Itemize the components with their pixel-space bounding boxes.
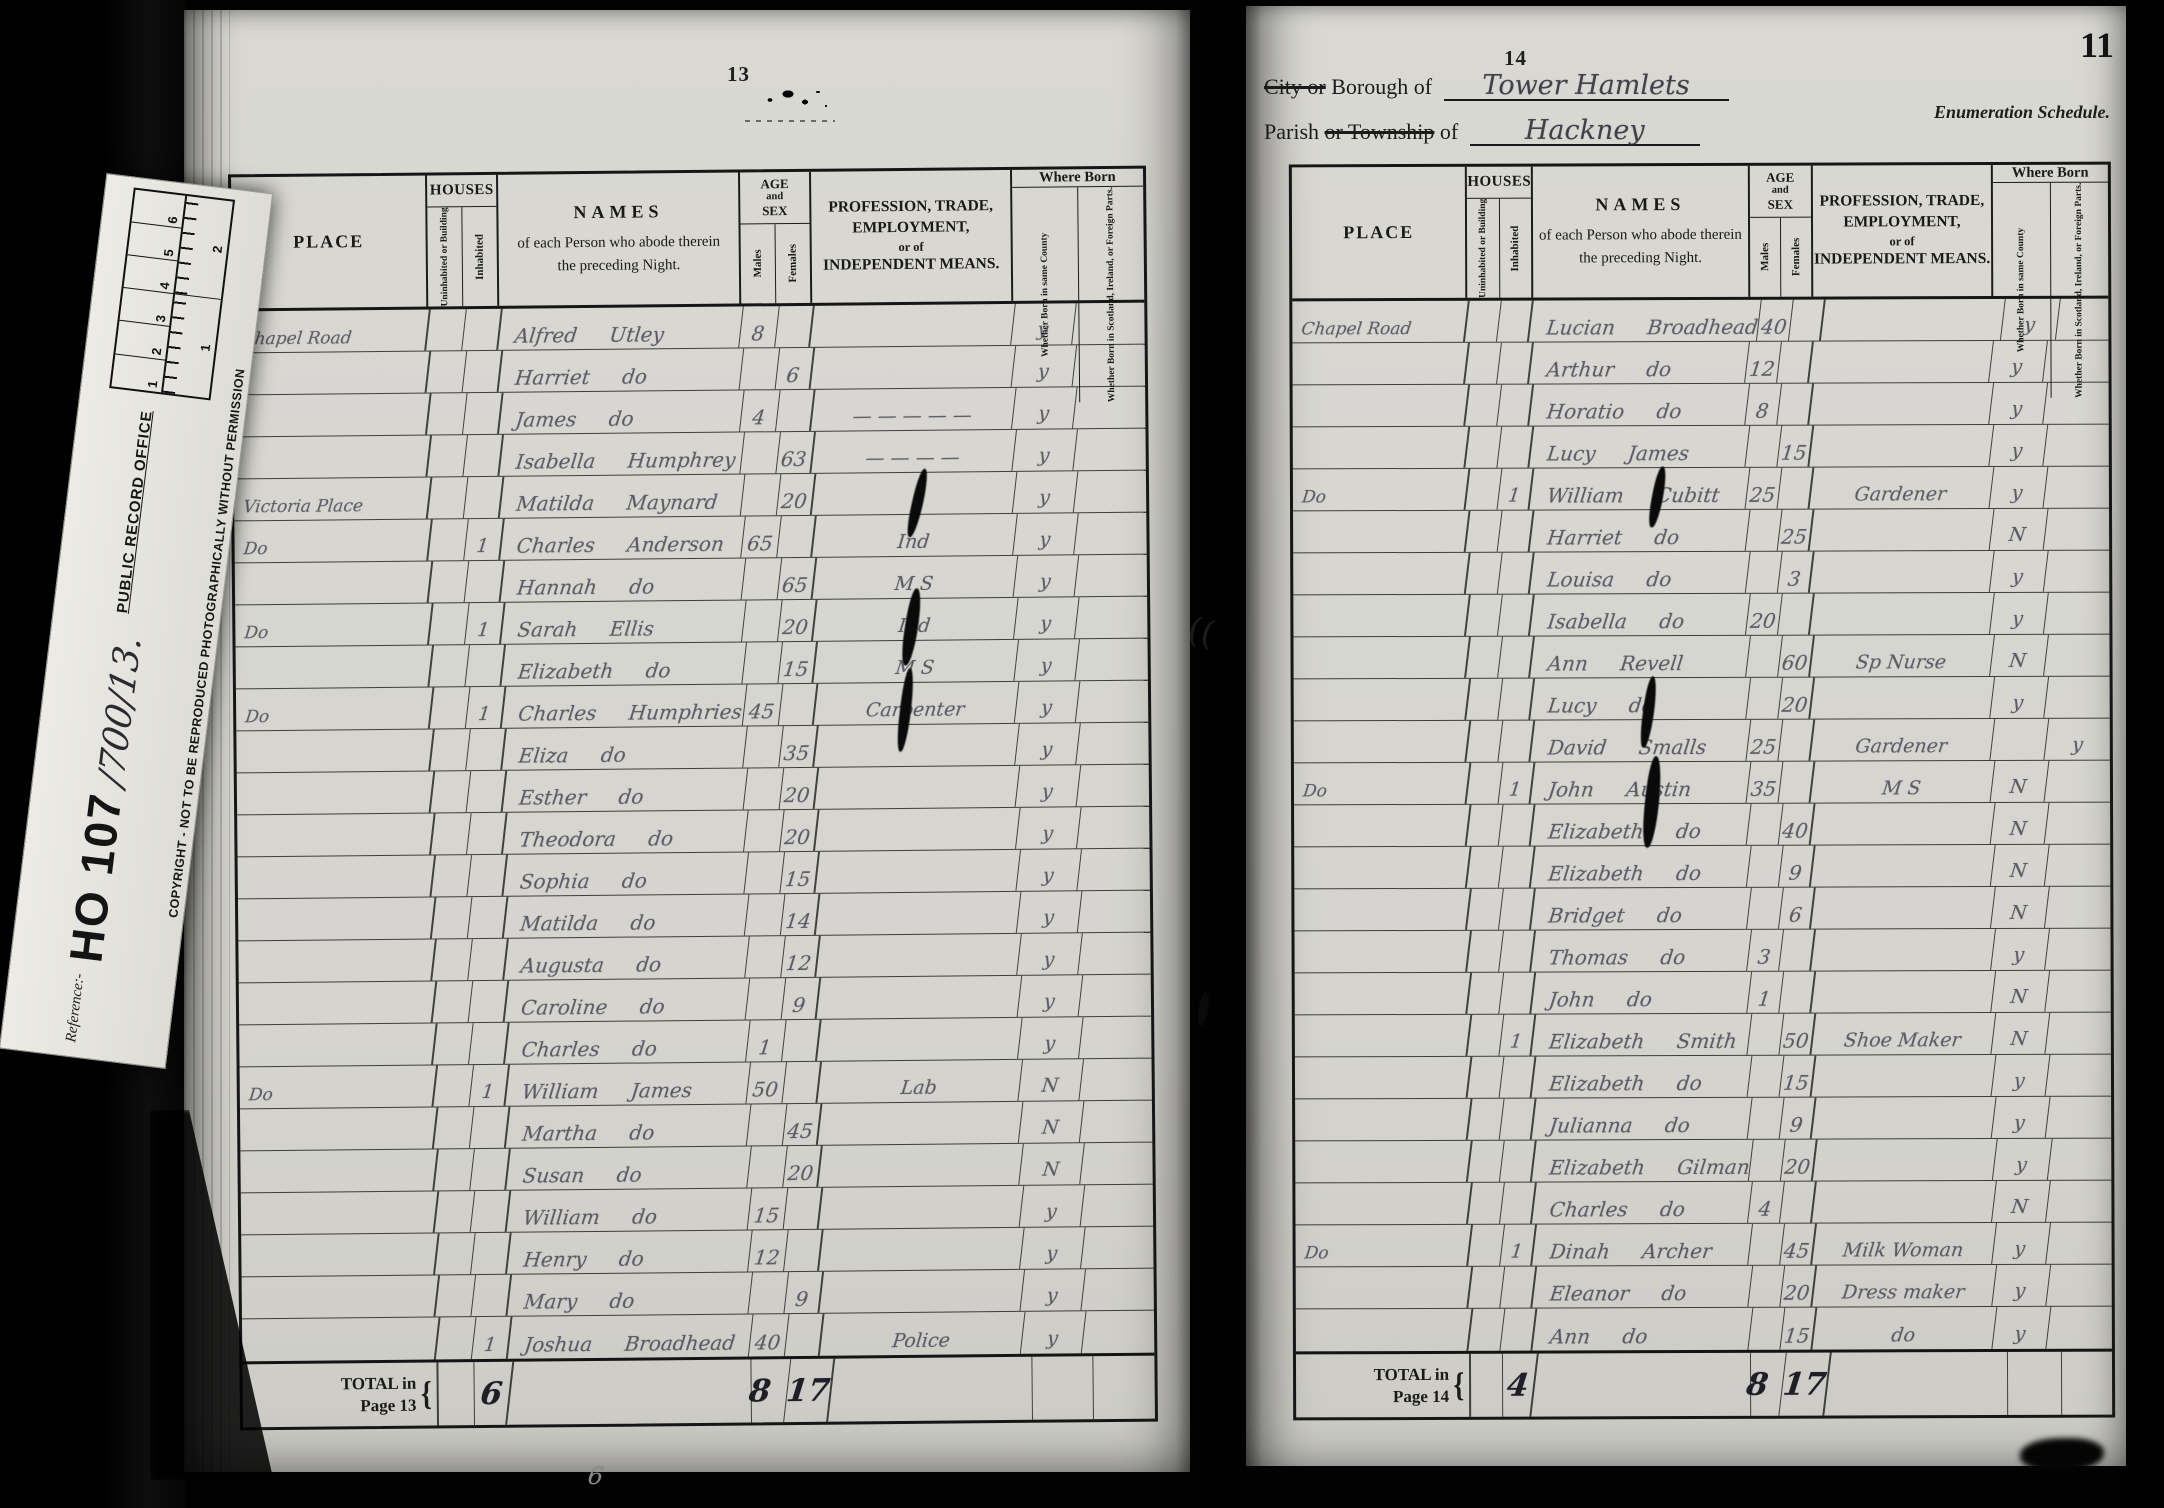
uninhabited-cell: [433, 1023, 473, 1064]
males-age-cell: [745, 936, 785, 977]
inhabited-cell: [1498, 553, 1535, 594]
uninhabited-cell: [434, 1065, 474, 1106]
name-cell: Louisa do: [1530, 552, 1751, 594]
place-cell: Do: [232, 519, 433, 562]
females-age-cell: 12: [781, 936, 821, 977]
females-age-cell: 20: [783, 1146, 823, 1187]
born-elsewhere-cell: [1076, 765, 1151, 807]
females-age-cell: 20: [779, 768, 819, 809]
males-age-cell: [744, 852, 784, 893]
place-cell: [1292, 889, 1472, 931]
born-same-county-cell: y: [1020, 1311, 1086, 1354]
females-age-cell: 15: [1780, 1056, 1817, 1097]
profession-cell: [1810, 509, 1994, 551]
born-elsewhere-cell: [2046, 1013, 2114, 1054]
table-row: Thomas do 3 y: [1294, 929, 2110, 974]
profession-cell: [1811, 845, 1995, 887]
profession-cell: [815, 766, 1020, 809]
inhabited-cell: [1501, 1309, 1538, 1351]
females-age-cell: 50: [1780, 1014, 1817, 1055]
females-age-cell: 15: [1780, 1308, 1817, 1350]
profession-line-3: or of: [1889, 233, 1914, 249]
uninhabited-cell: [430, 687, 470, 728]
table-row: Elizabeth do 40 N: [1294, 803, 2110, 848]
born-elsewhere-cell: [1078, 891, 1153, 933]
census-scan: 13 PLACE HOUSES Uninhabited or Building …: [0, 0, 2164, 1508]
inhabited-cell: [1498, 427, 1535, 468]
right-page: 14 11 City or Borough of Tower Hamlets P…: [1246, 6, 2126, 1466]
name-cell: Charles Anderson: [499, 516, 745, 559]
inhabited-cell: 1: [465, 687, 505, 728]
born-elsewhere-cell: [2046, 1223, 2114, 1264]
profession-cell: [1810, 677, 1994, 719]
header-names: NAMES of each Person who abode therein t…: [1533, 166, 1750, 298]
born-elsewhere-cell: [1074, 513, 1149, 555]
place-cell: [235, 855, 436, 898]
place-cell: [1293, 1183, 1473, 1225]
profession-cell: Gardener: [1809, 467, 1993, 509]
profession-cell: do: [1812, 1307, 1997, 1350]
sex-label: SEX: [1768, 197, 1793, 212]
born-same-county-cell: y: [1992, 1265, 2052, 1306]
females-age-cell: [1780, 1182, 1817, 1223]
place-cell: [237, 981, 438, 1024]
total-names-spacer: [510, 1359, 752, 1424]
table-row: 1 Joshua Broadhead 40 Police y: [242, 1311, 1154, 1362]
profession-cell: [819, 1228, 1024, 1271]
females-age-cell: 40: [1779, 804, 1816, 845]
table-row: Lucy James 15 y: [1293, 425, 2109, 470]
males-age-cell: [743, 726, 783, 767]
born-elsewhere-cell: [1076, 723, 1151, 765]
females-age-cell: 65: [777, 558, 817, 599]
place-cell: Do: [1291, 469, 1471, 511]
profession-cell: [1811, 1055, 1995, 1097]
born-same-county-cell: y: [1020, 1269, 1086, 1311]
uninhabited-cell: [427, 351, 467, 392]
and-label: and: [766, 192, 783, 204]
profession-cell: [810, 304, 1015, 347]
inhabited-cell: [1500, 1099, 1537, 1140]
parish-struck-text: or Township: [1325, 119, 1435, 144]
males-age-cell: 65: [741, 516, 781, 557]
males-age-cell: 1: [746, 1020, 786, 1061]
place-cell: [1293, 1309, 1473, 1352]
reference-label: Reference:-: [63, 972, 88, 1043]
name-cell: Horatio do: [1529, 384, 1750, 426]
males-age-cell: 1: [1748, 972, 1785, 1013]
profession-cell: [1812, 1181, 1996, 1223]
name-cell: Henry do: [506, 1230, 752, 1273]
ruler-mark-6: 6: [132, 190, 186, 228]
females-age-cell: 3: [1778, 552, 1815, 593]
place-cell: Chapel Road: [1290, 301, 1470, 343]
name-cell: William Cubitt: [1530, 468, 1751, 510]
table-header: PLACE HOUSES Uninhabited or Building Inh…: [1292, 165, 2108, 302]
header-profession: PROFESSION, TRADE, EMPLOYMENT, or of IND…: [811, 170, 1013, 303]
place-cell: [1291, 721, 1471, 763]
females-age-cell: [783, 1188, 823, 1229]
females-age-cell: 20: [776, 474, 816, 515]
females-age-cell: 25: [1778, 510, 1815, 551]
born-elsewhere-cell: [2044, 593, 2112, 634]
stray-handwritten-mark: 6: [586, 1462, 605, 1490]
males-age-cell: [1747, 678, 1784, 719]
females-age-cell: [1779, 762, 1816, 803]
inhabited-cell: [470, 1149, 510, 1190]
born-elsewhere-cell: [1073, 387, 1148, 429]
name-cell: Charles do: [504, 1020, 750, 1063]
born-elsewhere-cell: [2047, 1139, 2114, 1180]
uninhabited-cell: [436, 1275, 476, 1316]
inhabited-cell: [1497, 343, 1534, 384]
females-age-cell: [1789, 300, 1826, 341]
males-age-cell: [1748, 1056, 1785, 1097]
total-uninhabited: [438, 1362, 474, 1425]
profession-cell: [816, 892, 1021, 935]
place-cell: [1291, 595, 1471, 637]
total-page-label: Page 14: [1374, 1385, 1450, 1407]
header-place: PLACE: [1292, 167, 1468, 299]
ruler-mark-4: 4: [124, 254, 178, 293]
born-same-county-cell: N: [1991, 971, 2051, 1012]
name-cell: Harriet do: [498, 348, 744, 391]
born-same-county-cell: y: [1015, 765, 1081, 807]
ruler-mark-3: 3: [120, 287, 174, 326]
born-elsewhere-cell: [1080, 1185, 1155, 1227]
males-age-cell: [743, 768, 783, 809]
males-age-cell: [1749, 1140, 1786, 1181]
inhabited-cell: [1497, 385, 1534, 426]
place-cell: [240, 1317, 441, 1361]
profession-cell: Sp Nurse: [1810, 635, 1994, 677]
total-in-label: TOTAL in: [341, 1373, 417, 1395]
born-same-county-cell: y: [1991, 1097, 2051, 1138]
females-age-cell: 20: [779, 810, 819, 851]
born-same-county-cell: N: [1990, 761, 2050, 802]
uninhabited-cell: [434, 1107, 474, 1148]
born-same-county-cell: N: [1989, 509, 2049, 550]
uninhabited-cell: [436, 1317, 476, 1359]
born-same-county-cell: y: [1989, 467, 2049, 508]
header-females: Females: [1781, 218, 1812, 297]
names-subtitle-1: of each Person who abode therein: [517, 233, 720, 252]
table-row: Do 1 William Cubitt 25 Gardener y: [1293, 467, 2109, 512]
table-row: John do 1 N: [1295, 971, 2111, 1016]
inhabited-cell: 1: [1500, 1225, 1537, 1266]
place-cell: Do: [1293, 1225, 1473, 1267]
males-age-cell: [742, 642, 782, 683]
males-age-cell: [741, 474, 781, 515]
inhabited-cell: [1500, 1183, 1537, 1224]
females-age-cell: 45: [782, 1104, 822, 1145]
profession-cell: Police: [820, 1312, 1025, 1356]
males-age-cell: [739, 348, 779, 389]
name-cell: Ann Revell: [1530, 636, 1751, 678]
males-age-cell: [1747, 888, 1784, 929]
born-same-county-cell: y: [1016, 891, 1082, 933]
profession-cell: [819, 1186, 1024, 1229]
inhabited-cell: 1: [465, 603, 505, 644]
houses-label: HOUSES: [1467, 167, 1531, 199]
corner-ink-blob: [2020, 1438, 2104, 1472]
profession-cell: [815, 850, 1020, 893]
males-age-cell: 4: [1748, 1182, 1785, 1223]
born-same-county-cell: y: [1013, 513, 1079, 555]
inhabited-cell: [1498, 679, 1535, 720]
place-cell: [237, 1023, 438, 1066]
females-age-cell: [1779, 930, 1816, 971]
born-same-county-cell: y: [1015, 723, 1081, 765]
table-row: Arthur do 12 y: [1292, 341, 2108, 386]
header-females: Females: [775, 224, 810, 303]
males-age-cell: 20: [1746, 594, 1783, 635]
total-males-value: 8: [1745, 1366, 1771, 1402]
born-elsewhere-cell: [2044, 551, 2112, 592]
total-row-left: TOTAL in Page 13 { 6 8 17: [242, 1353, 1155, 1428]
males-age-cell: 12: [1745, 342, 1782, 383]
total-profession-spacer: [1828, 1352, 2008, 1416]
place-cell: [1293, 1267, 1473, 1309]
inhabited-cell: [1498, 511, 1535, 552]
uninhabited-cell: [435, 1233, 475, 1274]
total-page-label: Page 13: [341, 1394, 417, 1416]
where-born-label: Where Born: [1993, 165, 2108, 183]
total-names-spacer: [1535, 1353, 1751, 1417]
name-cell: Isabella do: [1530, 594, 1751, 636]
profession-cell: [1810, 593, 1994, 635]
header-age-sex: AGE and SEX Males Females: [1749, 166, 1813, 297]
females-age-cell: [1777, 342, 1814, 383]
table-row: Elizabeth do 9 N: [1294, 845, 2110, 890]
total-born1-spacer: [1033, 1356, 1095, 1420]
houses-label: HOUSES: [427, 175, 496, 208]
inhabited-label: Inhabited: [474, 233, 487, 279]
place-cell: [1290, 385, 1470, 427]
ruler-mark-1: 1: [111, 353, 165, 392]
name-cell: Eliza do: [501, 726, 747, 769]
females-age-cell: [1778, 468, 1815, 509]
females-age-cell: 20: [1781, 1140, 1818, 1181]
males-label: Males: [751, 250, 764, 278]
born-same-county-cell: N: [1019, 1143, 1085, 1185]
males-age-cell: [1746, 426, 1783, 467]
inhabited-cell: 1: [1500, 1015, 1537, 1056]
uninhabited-cell: [431, 813, 471, 854]
uninhabited-cell: [427, 435, 467, 476]
born-elsewhere-cell: [2044, 635, 2112, 676]
females-age-cell: [1778, 594, 1815, 635]
born-same-county-cell: y: [1989, 551, 2049, 592]
census-table-left: PLACE HOUSES Uninhabited or Building Inh…: [228, 166, 1158, 1431]
total-label-left: TOTAL in Page 13 {: [242, 1362, 439, 1427]
females-age-cell: [781, 1020, 821, 1061]
name-cell: Alfred Utley: [497, 306, 743, 349]
name-cell: Caroline do: [504, 978, 750, 1021]
place-cell: Do: [234, 687, 435, 730]
borough-struck-text: City or: [1264, 74, 1326, 99]
inhabited-cell: 1: [471, 1317, 511, 1359]
place-cell: Victoria Place: [232, 477, 433, 520]
males-age-cell: 4: [740, 390, 780, 431]
born-same-county-cell: y: [1017, 975, 1083, 1017]
names-title: NAMES: [1595, 194, 1685, 215]
males-age-cell: [740, 432, 780, 473]
born-elsewhere-cell: [1075, 639, 1150, 681]
table-row: Lucy do 20 y: [1294, 677, 2110, 722]
name-cell: Elizabeth Smith: [1531, 1014, 1752, 1056]
smudge-line: [745, 120, 835, 122]
females-age-cell: 9: [1780, 1098, 1817, 1139]
uninhabited-cell: [426, 309, 466, 350]
profession-cell: Shoe Maker: [1811, 1013, 1995, 1055]
place-cell: [239, 1233, 440, 1276]
born-elsewhere-cell: [2045, 887, 2113, 928]
uninhabited-cell: [432, 897, 472, 938]
born-same-county-cell: y: [1018, 1017, 1084, 1059]
inhabited-cell: [463, 393, 503, 434]
place-cell: [1292, 931, 1472, 973]
table-row: Elizabeth do 15 y: [1295, 1055, 2111, 1100]
age-label: AGE: [760, 177, 788, 192]
name-cell: Elizabeth Gilman: [1532, 1140, 1754, 1182]
inhabited-cell: [1500, 1141, 1537, 1182]
uninhabited-cell: [429, 561, 469, 602]
born-elsewhere-cell: [1075, 597, 1150, 639]
table-row: Harriet do 25 N: [1293, 509, 2109, 554]
males-age-cell: 35: [1747, 762, 1784, 803]
born-same-county-cell: N: [1991, 1013, 2051, 1054]
males-age-cell: 40: [749, 1314, 789, 1356]
inhabited-cell: [468, 981, 508, 1022]
name-cell: Lucian Broadhead: [1529, 300, 1762, 342]
name-cell: Bridget do: [1531, 888, 1752, 930]
total-females: 17: [784, 1359, 836, 1423]
folio-number: 11: [2080, 24, 2114, 66]
profession-line-1: PROFESSION, TRADE,: [1820, 191, 1985, 212]
profession-line-4: INDEPENDENT MEANS.: [823, 254, 999, 277]
profession-cell: [1811, 803, 1995, 845]
inhabited-cell: 1: [1499, 763, 1536, 804]
uninhabited-cell: [428, 477, 468, 518]
inhabited-cell: [1500, 973, 1537, 1014]
name-cell: Sarah Ellis: [500, 600, 746, 643]
uninhabited-cell: [432, 939, 472, 980]
born-elsewhere-cell: [1078, 933, 1153, 975]
females-age-cell: [775, 390, 815, 431]
born-same-county-cell: y: [1012, 471, 1078, 513]
place-cell: [1293, 1057, 1473, 1099]
born-same-county-cell: y: [2001, 299, 2061, 340]
name-cell: Elizabeth do: [1532, 1056, 1753, 1098]
profession-cell: [819, 1270, 1024, 1313]
profession-line-1: PROFESSION, TRADE,: [828, 196, 993, 219]
born-same-county-cell: y: [1012, 429, 1078, 471]
females-age-cell: 20: [1780, 1266, 1817, 1307]
born-same-county-cell: y: [1012, 387, 1078, 429]
name-cell: Charles do: [1532, 1182, 1753, 1224]
uninhabited-cell: [427, 393, 467, 434]
office-label: PUBLIC RECORD OFFICE: [113, 409, 155, 614]
uninhabited-cell: [431, 771, 471, 812]
females-age-cell: [1779, 972, 1816, 1013]
names-subtitle-2: the preceding Night.: [557, 257, 680, 275]
table-row: Charles do 4 N: [1295, 1181, 2111, 1226]
males-age-cell: [748, 1272, 788, 1313]
born-elsewhere-cell: [2044, 467, 2112, 508]
inhabited-cell: 1: [1498, 469, 1535, 510]
females-age-cell: 9: [1779, 846, 1816, 887]
uninhabited-label: Uninhabited or Building: [439, 207, 451, 306]
name-cell: Arthur do: [1529, 342, 1750, 384]
inhabited-cell: [469, 1107, 509, 1148]
born-elsewhere-cell: [2045, 929, 2113, 970]
inhabited-cell: [1501, 1267, 1538, 1308]
place-cell: [238, 1107, 439, 1150]
name-cell: Julianna do: [1532, 1098, 1753, 1140]
header-inhabited: Inhabited: [1500, 198, 1532, 297]
profession-cell: [1812, 1097, 1996, 1139]
place-cell: [1291, 553, 1471, 595]
born-same-county-cell: N: [1018, 1101, 1084, 1143]
males-age-cell: [1747, 846, 1784, 887]
inhabited-cell: [467, 855, 507, 896]
uninhabited-cell: [435, 1191, 475, 1232]
profession-line-4: INDEPENDENT MEANS.: [1814, 249, 1990, 271]
page-number-13: 13: [727, 62, 750, 87]
born-same-county-cell: y: [1017, 933, 1083, 975]
name-cell: Lucy James: [1529, 426, 1750, 468]
born-elsewhere-cell: [1077, 807, 1152, 849]
names-subtitle-2: the preceding Night.: [1579, 249, 1702, 266]
name-cell: Theodora do: [502, 810, 748, 853]
born-same-county-cell: y: [1014, 639, 1080, 681]
born-same-county-cell: y: [1990, 677, 2050, 718]
measurement-ruler: 1 2 3 4 5 6 1 2: [109, 188, 235, 401]
header-names: NAMES of each Person who abode therein t…: [498, 173, 741, 306]
born-elsewhere-cell: [1077, 849, 1152, 891]
header-uninhabited: Uninhabited or Building: [1467, 199, 1500, 298]
females-age-cell: 20: [777, 600, 817, 641]
place-cell: [1293, 1141, 1473, 1183]
place-label: PLACE: [1343, 222, 1414, 243]
born-elsewhere-cell: [2046, 1097, 2114, 1138]
name-cell: Eleanor do: [1532, 1266, 1753, 1308]
name-cell: Matilda do: [503, 894, 749, 937]
born-same-county-cell: N: [1990, 635, 2050, 676]
inhabited-cell: 1: [469, 1065, 509, 1106]
place-cell: [1292, 1015, 1472, 1057]
place-cell: [231, 393, 432, 436]
total-brace: {: [421, 1375, 432, 1413]
place-cell: [1290, 427, 1470, 469]
place-cell: [1291, 511, 1471, 553]
place-cell: [231, 435, 432, 478]
table-row: David Smalls 25 Gardener y: [1294, 719, 2110, 764]
profession-cell: Milk Woman: [1812, 1223, 1996, 1265]
profession-line-3: or of: [898, 239, 923, 255]
inhabited-cell: [466, 729, 506, 770]
uninhabited-cell: [430, 729, 470, 770]
place-cell: [1292, 973, 1472, 1015]
males-age-cell: [1746, 510, 1783, 551]
table-body-left: Chapel Road Alfred Utley 8 y Harriet do …: [232, 303, 1154, 1362]
born-elsewhere-cell: [1080, 1101, 1155, 1143]
age-label: AGE: [1766, 170, 1794, 185]
born-same-county-cell: y: [1992, 1139, 2052, 1180]
uninhabited-cell: [431, 855, 471, 896]
place-cell: [1292, 847, 1472, 889]
